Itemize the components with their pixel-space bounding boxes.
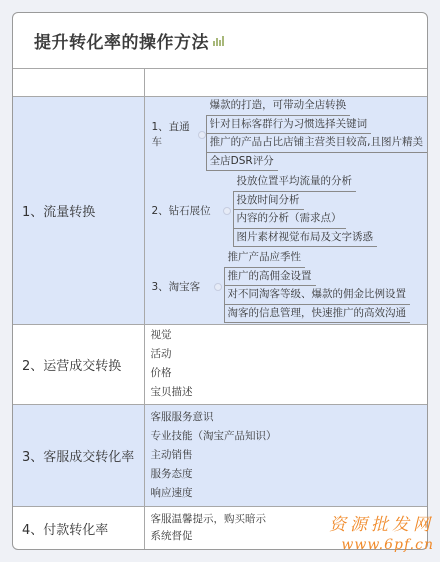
row-label: 1、流量转换	[13, 96, 144, 324]
content-card: 提升转化率的操作方法 1、流量转换 1、直通车 爆款的打造，可带动全店转换 针对…	[12, 12, 428, 550]
list-item: 针对目标客群行为习惯选择关键词	[206, 116, 372, 135]
list-item: 专业技能（淘宝产品知识）	[151, 427, 428, 446]
mind-map-group: 2、钻石展位 投放位置平均流量的分析 投放时间分析 内容的分析（需求点） 图片素…	[151, 173, 428, 247]
list-item: 活动	[151, 345, 428, 364]
list-item: 推广的高佣金设置	[224, 268, 316, 287]
list-item: 服务态度	[151, 465, 428, 484]
page-title: 提升转化率的操作方法	[34, 28, 209, 53]
row-label: 3、客服成交转化率	[13, 404, 144, 506]
list-item: 主动销售	[151, 446, 428, 465]
title-row: 提升转化率的操作方法	[13, 13, 427, 69]
item-list: 客服温馨提示，购买暗示 系统督促	[144, 506, 427, 550]
table-row: 1、流量转换 1、直通车 爆款的打造，可带动全店转换 针对目标客群行为习惯选择关…	[13, 96, 427, 324]
list-item: 淘客的信息管理，快速推广的高效沟通	[224, 305, 411, 324]
group-label: 3、淘宝客	[151, 279, 214, 294]
item-list: 客服服务意识 专业技能（淘宝产品知识） 主动销售 服务态度 响应速度	[144, 404, 427, 506]
list-item: 投放时间分析	[233, 192, 304, 211]
group-label: 1、直通车	[151, 119, 199, 149]
table-row: 2、运营成交转换 视觉 活动 价格 宝贝描述	[13, 324, 427, 404]
group-label: 2、钻石展位	[151, 203, 223, 218]
header-cell-right	[144, 69, 427, 96]
chart-icon	[213, 36, 224, 46]
list-item: 客服服务意识	[151, 408, 428, 427]
header-cell-left	[13, 69, 144, 96]
list-item: 视觉	[151, 326, 428, 345]
list-item: 价格	[151, 364, 428, 383]
list-item: 图片素材视觉布局及文字诱惑	[233, 229, 378, 248]
row-label: 2、运营成交转换	[13, 324, 144, 404]
list-item: 推广产品应季性	[224, 249, 306, 268]
item-list: 视觉 活动 价格 宝贝描述	[144, 324, 427, 404]
table-row: 4、付款转化率 客服温馨提示，购买暗示 系统督促	[13, 506, 427, 550]
list-item: 客服温馨提示，购买暗示	[151, 511, 428, 528]
list-item: 系统督促	[151, 528, 428, 545]
list-item: 推广的产品占比店铺主营类目较高,且图片精美	[206, 134, 427, 153]
list-item: 爆款的打造，可带动全店转换	[206, 97, 351, 116]
table-row: 3、客服成交转化率 客服服务意识 专业技能（淘宝产品知识） 主动销售 服务态度 …	[13, 404, 427, 506]
method-table: 1、流量转换 1、直通车 爆款的打造，可带动全店转换 针对目标客群行为习惯选择关…	[13, 69, 427, 550]
mind-map: 1、直通车 爆款的打造，可带动全店转换 针对目标客群行为习惯选择关键词 推广的产…	[144, 96, 427, 324]
list-item: 内容的分析（需求点）	[233, 210, 346, 229]
table-header-row	[13, 69, 427, 96]
mind-map-group: 1、直通车 爆款的打造，可带动全店转换 针对目标客群行为习惯选择关键词 推广的产…	[151, 97, 428, 171]
list-item: 响应速度	[151, 484, 428, 503]
list-item: 宝贝描述	[151, 383, 428, 402]
list-item: 投放位置平均流量的分析	[233, 173, 357, 192]
row-label: 4、付款转化率	[13, 506, 144, 550]
list-item: 全店DSR评分	[206, 153, 278, 172]
mind-map-group: 3、淘宝客 推广产品应季性 推广的高佣金设置 对不同淘客等级、爆款的佣金比例设置…	[151, 249, 428, 323]
list-item: 对不同淘客等级、爆款的佣金比例设置	[224, 286, 411, 305]
